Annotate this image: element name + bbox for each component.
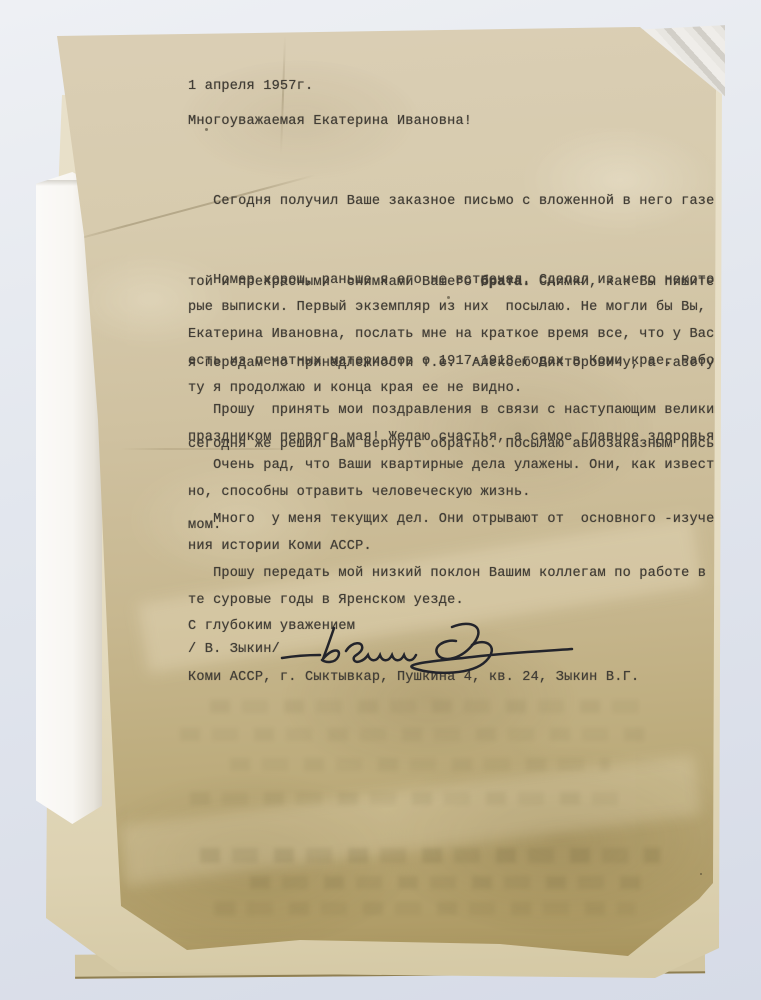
signature-stroke	[282, 624, 572, 673]
typed-line: Очень рад, что Ваши квартирные дела улаж…	[188, 452, 723, 479]
typed-line: но, способны отравить человеческую жизнь…	[188, 479, 723, 506]
typed-line: Екатерина Ивановна, послать мне на кратк…	[188, 321, 723, 348]
paragraph-6: Прошу передать мой низкий поклон Вашим к…	[188, 560, 706, 614]
typed-line: Прошу передать мой низкий поклон Вашим к…	[188, 560, 706, 587]
letter-salutation: Многоуважаемая Екатерина Ивановна!	[188, 108, 472, 135]
typed-line: Сегодня получил Ваше заказное письмо с в…	[188, 188, 723, 215]
typed-line: Прошу принять мои поздравления в связи с…	[188, 397, 723, 424]
paragraph-2: Номер хорош, раньше я его не встречал. С…	[188, 267, 723, 402]
typed-line: Номер хорош, раньше я его не встречал. С…	[188, 267, 723, 294]
paper-speck	[589, 17, 594, 19]
handwritten-signature	[276, 617, 588, 675]
typed-line: рые выписки. Первый экземпляр из них пос…	[188, 294, 723, 321]
typed-line: те суровые годы в Яренском уезде.	[188, 587, 706, 614]
paragraph-5: Много у меня текущих дел. Они отрывают о…	[188, 506, 723, 560]
typed-line: праздником первого мая! Желаю счастья, а…	[188, 424, 723, 451]
paragraph-4: Очень рад, что Ваши квартирные дела улаж…	[188, 452, 723, 506]
letter-date: 1 апреля 1957г.	[188, 73, 313, 100]
typed-line: есть из печатных материалов о 1917-1918 …	[188, 348, 723, 375]
signature-typed-name: / В. Зыкин/	[188, 636, 280, 663]
paragraph-3: Прошу принять мои поздравления в связи с…	[188, 397, 723, 451]
typed-line: ния истории Коми АССР.	[188, 533, 723, 560]
letter-photo: 1 апреля 1957г. Многоуважаемая Екатерина…	[0, 0, 761, 1000]
typed-line: Много у меня текущих дел. Они отрывают о…	[188, 506, 723, 533]
